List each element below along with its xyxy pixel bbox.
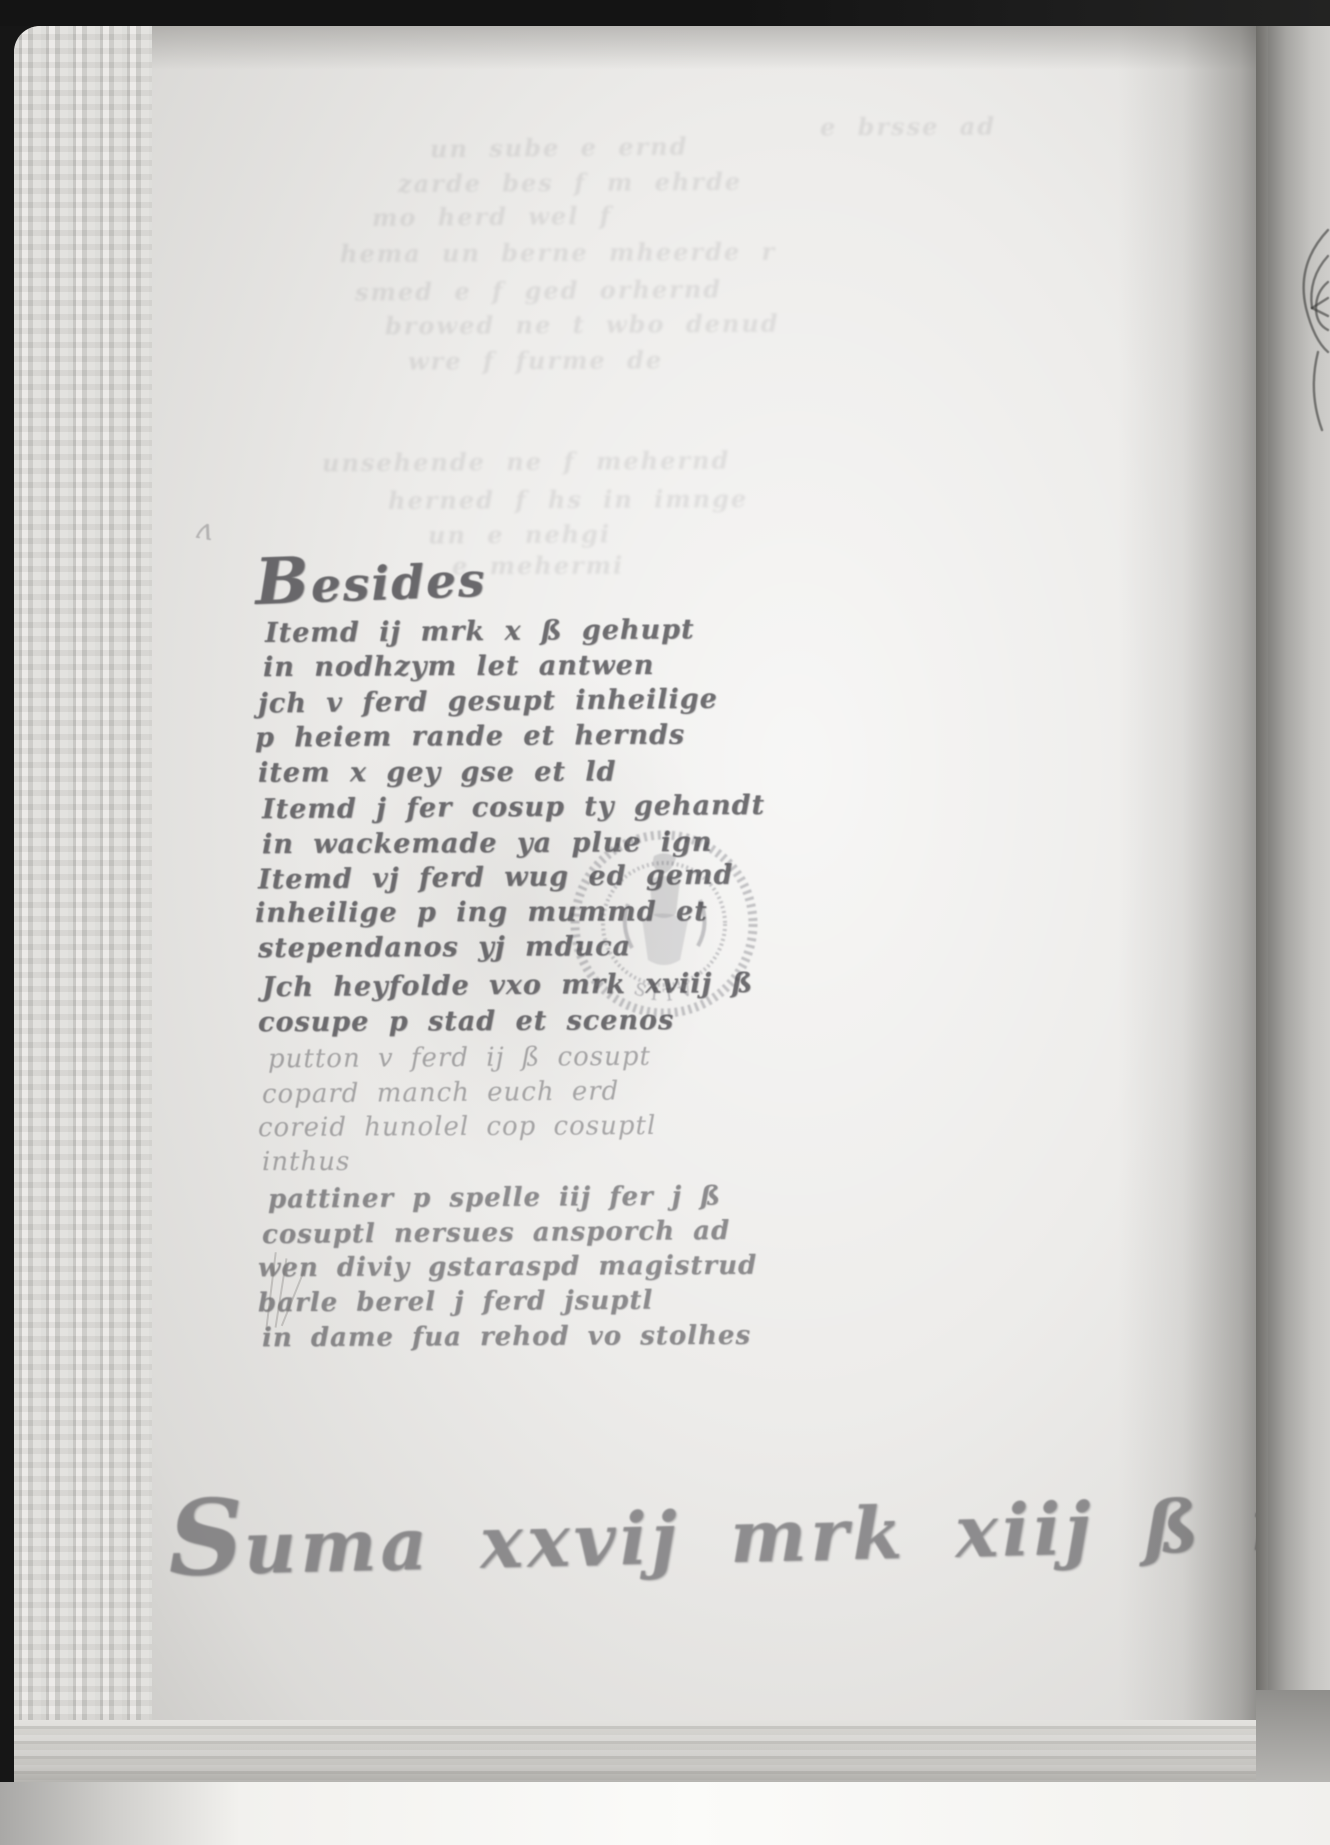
entry-line: Itemd vj ferd wug ed gemd — [258, 860, 734, 896]
showthrough-line: herned f hs in imnge — [388, 484, 748, 515]
scan-bed-strip — [0, 1782, 1330, 1845]
entry-line: inthus — [262, 1147, 350, 1177]
entry-line: stependanos yj mduca — [258, 931, 631, 964]
facing-page-sketch-icon — [1288, 212, 1330, 452]
showthrough-line: zarde bes f m ehrde — [398, 167, 742, 198]
page-edge-stack — [14, 26, 152, 1784]
entry-line: pattiner p spelle iij fer j ß — [268, 1181, 721, 1214]
showthrough-line: smed e f ged orhernd — [355, 274, 722, 306]
entry-line: inheilige p ing mummd et — [255, 896, 708, 929]
showthrough-line: wre f furme de — [408, 345, 663, 375]
entry-line: Itemd j fer cosup ty gehandt — [262, 790, 765, 825]
entry-line: p heiem rande et hernds — [255, 719, 685, 753]
entry-line: item x gey gse et ld — [258, 756, 616, 788]
showthrough-line: hema un berne mheerde r — [340, 237, 776, 268]
entry-line: putton v ferd ij ß cosupt — [268, 1042, 651, 1075]
facing-page-shadow — [1256, 1690, 1330, 1786]
showthrough-line: un sube e ernd — [430, 132, 689, 164]
entry-line: Jch heyfolde vxo mrk xviij ß — [262, 968, 753, 1003]
showthrough-line: e brsse ad — [820, 112, 996, 142]
showthrough-line: browed ne t wbo denud — [385, 309, 780, 341]
showthrough-line: unsehende ne f mehernd — [322, 446, 730, 478]
entry-line: barle berel j ferd jsuptl — [258, 1286, 653, 1319]
entry-line: wen diviy gstaraspd magistrud — [258, 1251, 757, 1284]
entry-line: in nodhzym let antwen — [263, 650, 655, 683]
entry-line: cosupe p stad et scenos — [258, 1005, 674, 1038]
showthrough-line: mo herd wel f — [372, 201, 612, 232]
page-bottom-edge — [14, 1720, 1262, 1784]
gutter-shadow — [1118, 26, 1262, 1752]
manuscript-photo: un sube e ernd zarde bes f m ehrde mo he… — [0, 0, 1330, 1845]
entry-line: cosuptl nersues ansporch ad — [262, 1216, 730, 1250]
entry-heading: Besides — [254, 536, 488, 619]
entry-line: jch v ferd gesupt inheilige — [258, 684, 718, 720]
entry-line: in dame fua rehod vo stolhes — [262, 1321, 751, 1354]
scan-background-top — [0, 0, 1330, 26]
entry-line: in wackemade ya plue ign — [262, 827, 713, 860]
entry-line: Itemd ij mrk x ß gehupt — [265, 614, 695, 649]
entry-line: copard manch euch erd — [262, 1076, 620, 1109]
entry-line: coreid hunolel cop cosuptl — [258, 1111, 656, 1143]
